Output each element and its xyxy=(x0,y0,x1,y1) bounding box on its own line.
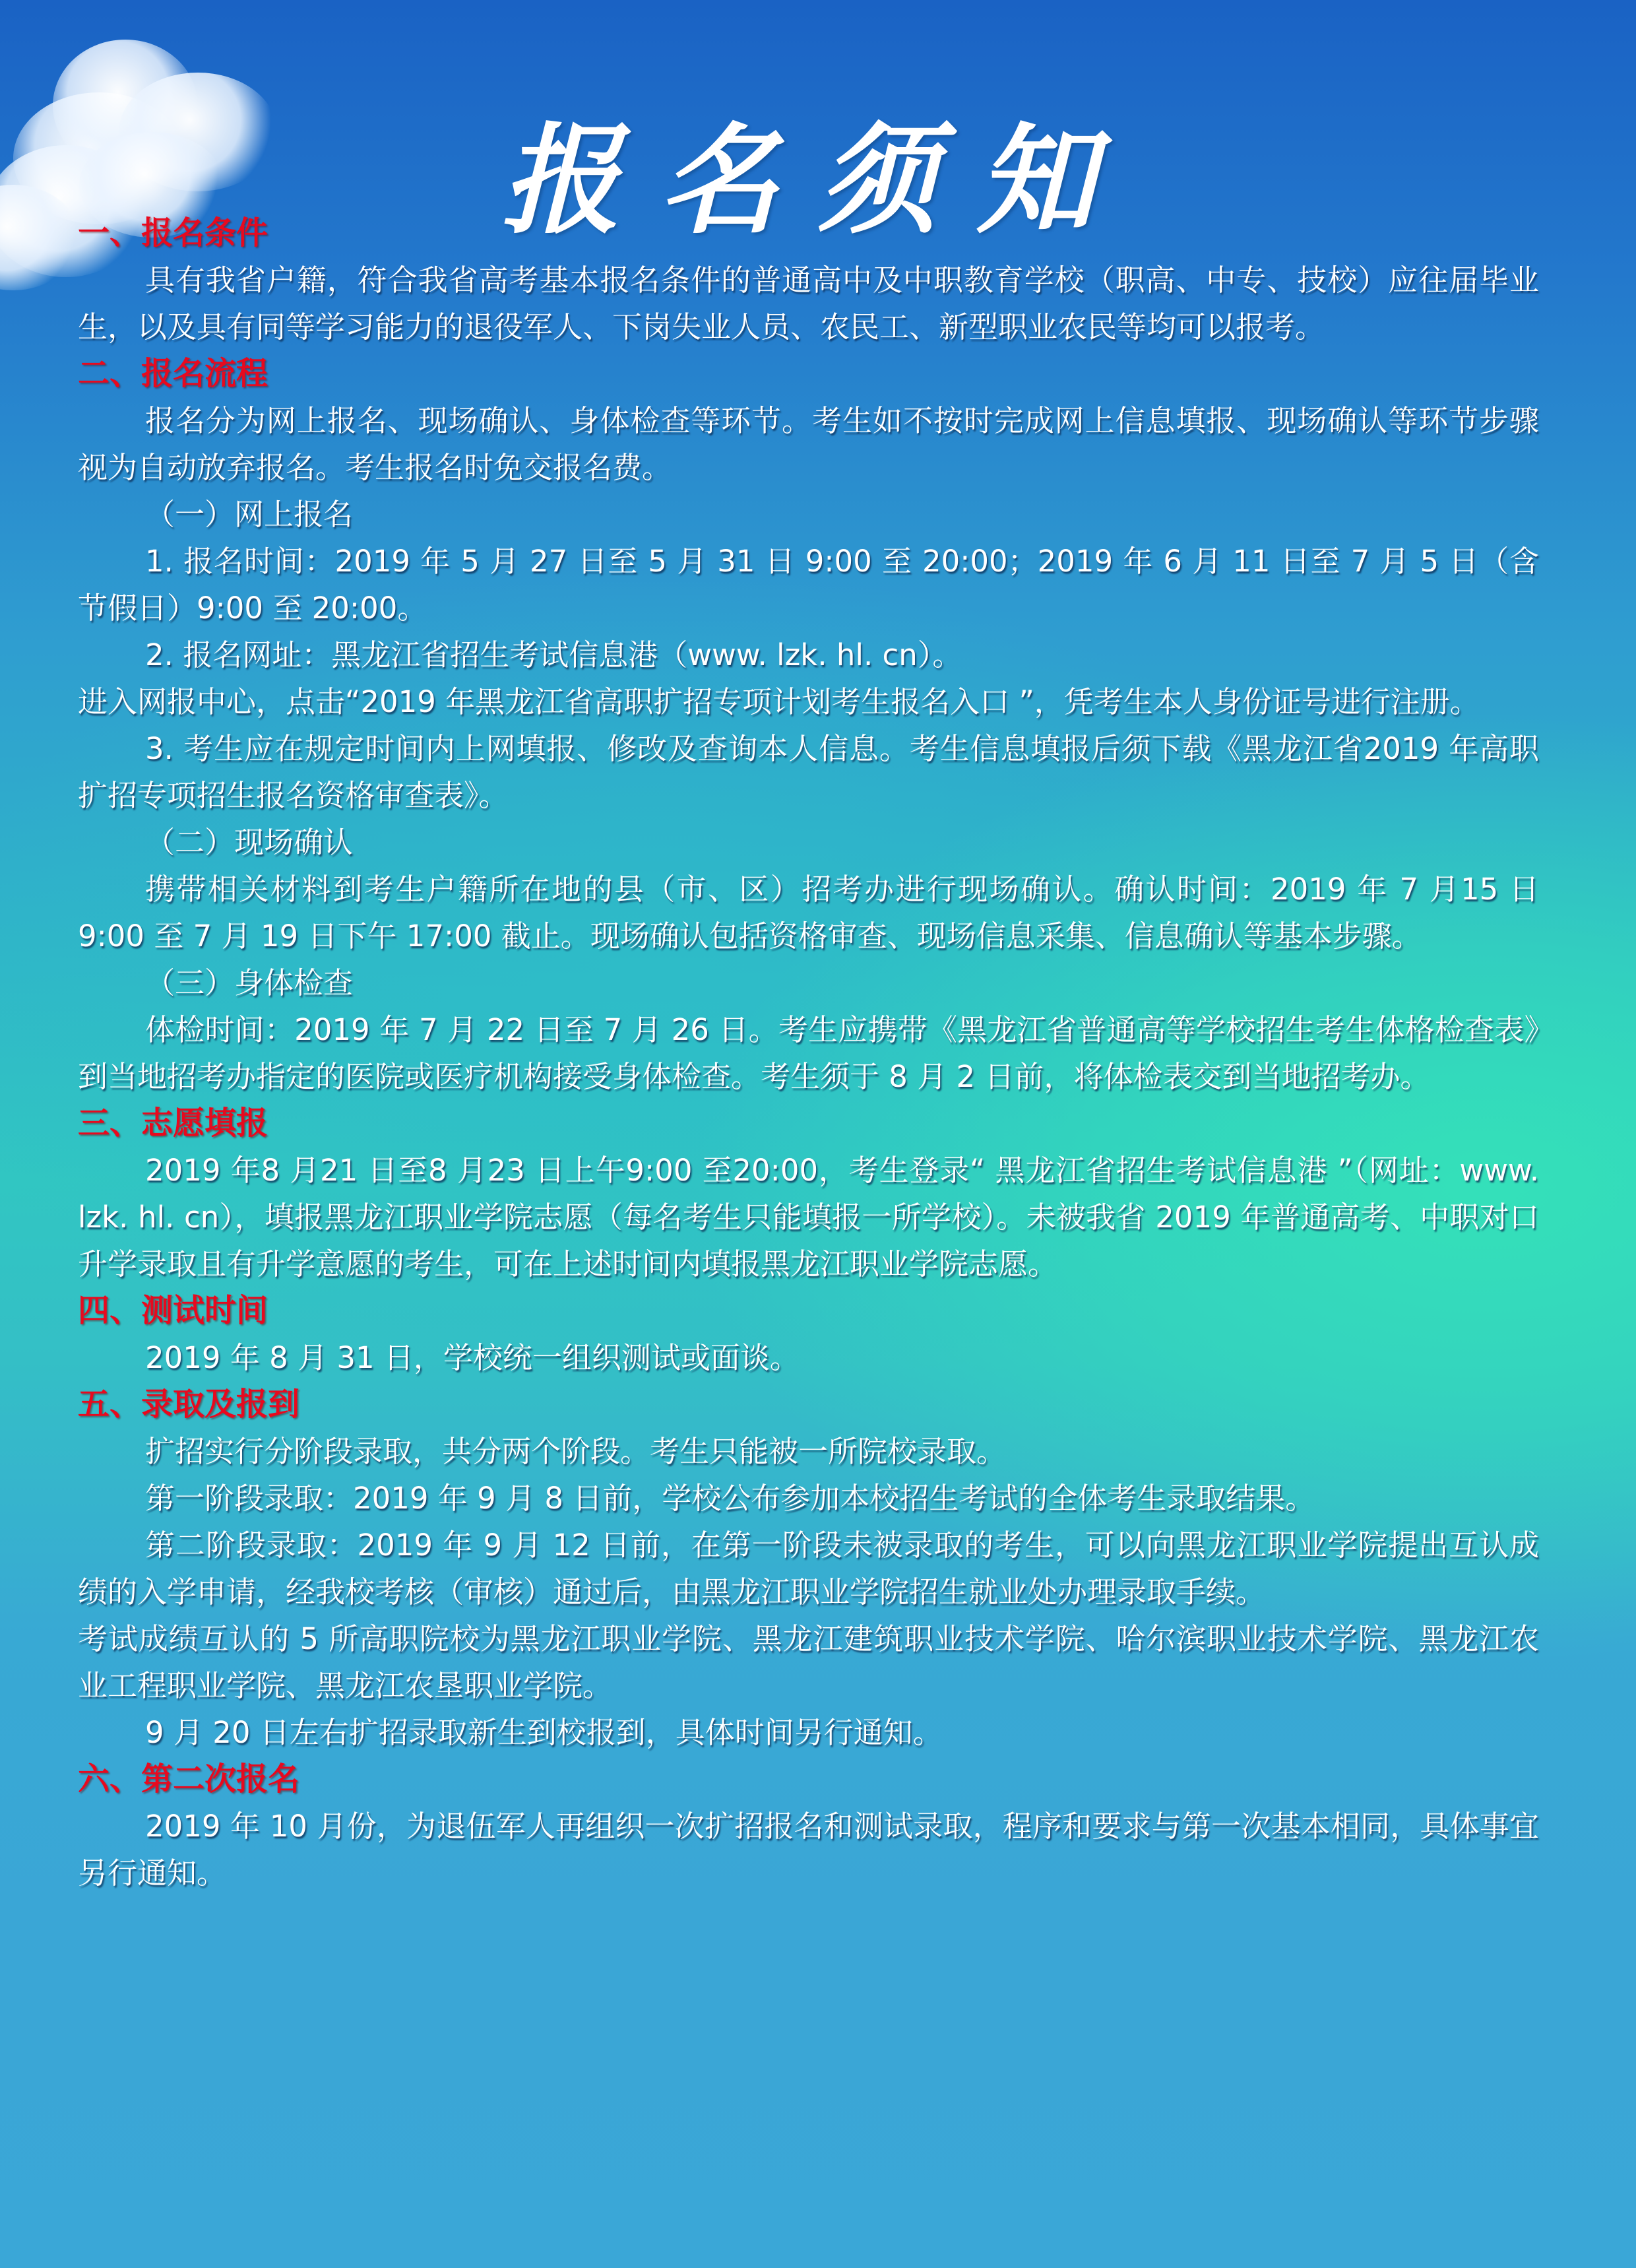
section-test-time: 四、测试时间 2019 年 8 月 31 日，学校统一组织测试或面谈。 xyxy=(78,1287,1539,1381)
section-heading: 二、报名流程 xyxy=(78,350,1539,397)
section-registration-process: 二、报名流程 报名分为网上报名、现场确认、身体检查等环节。考生如不按时完成网上信… xyxy=(78,350,1539,1100)
paragraph: 1. 报名时间：2019 年 5 月 27 日至 5 月 31 日 9:00 至… xyxy=(78,538,1539,632)
paragraph: 报名分为网上报名、现场确认、身体检查等环节。考生如不按时完成网上信息填报、现场确… xyxy=(78,397,1539,491)
section-second-registration: 六、第二次报名 2019 年 10 月份，为退伍军人再组织一次扩招报名和测试录取… xyxy=(78,1756,1539,1896)
paragraph: 3. 考生应在规定时间内上网填报、修改及查询本人信息。考生信息填报后须下载《黑龙… xyxy=(78,725,1539,819)
paragraph: 2019 年 10 月份，为退伍军人再组织一次扩招报名和测试录取，程序和要求与第… xyxy=(78,1803,1539,1896)
section-application-filling: 三、志愿填报 2019 年8 月21 日至8 月23 日上午9:00 至20:0… xyxy=(78,1100,1539,1287)
paragraph: 第一阶段录取：2019 年 9 月 8 日前，学校公布参加本校招生考试的全体考生… xyxy=(78,1475,1539,1522)
paragraph: 携带相关材料到考生户籍所在地的县（市、区）招考办进行现场确认。确认时间：2019… xyxy=(78,866,1539,959)
subheading-physical-exam: （三）身体检查 xyxy=(78,959,1539,1006)
subheading-onsite-confirmation: （二）现场确认 xyxy=(78,819,1539,866)
paragraph: 扩招实行分阶段录取，共分两个阶段。考生只能被一所院校录取。 xyxy=(78,1428,1539,1475)
paragraph: 2019 年 8 月 31 日，学校统一组织测试或面谈。 xyxy=(78,1334,1539,1381)
section-heading: 六、第二次报名 xyxy=(78,1756,1539,1803)
notice-content: 一、报名条件 具有我省户籍，符合我省高考基本报名条件的普通高中及中职教育学校（职… xyxy=(78,210,1539,1896)
paragraph: 体检时间：2019 年 7 月 22 日至 7 月 26 日。考生应携带《黑龙江… xyxy=(78,1006,1539,1100)
paragraph: 进入网报中心，点击“2019 年黑龙江省高职扩招专项计划考生报名入口 ”，凭考生… xyxy=(78,678,1539,725)
paragraph: 考试成绩互认的 5 所高职院校为黑龙江职业学院、黑龙江建筑职业技术学院、哈尔滨职… xyxy=(78,1615,1539,1709)
paragraph: 2019 年8 月21 日至8 月23 日上午9:00 至20:00，考生登录“… xyxy=(78,1147,1539,1287)
section-heading: 五、录取及报到 xyxy=(78,1381,1539,1428)
registration-url: 2. 报名网址：黑龙江省招生考试信息港（www. lzk. hl. cn）。 xyxy=(78,632,1539,678)
section-registration-conditions: 一、报名条件 具有我省户籍，符合我省高考基本报名条件的普通高中及中职教育学校（职… xyxy=(78,210,1539,350)
subheading-online-registration: （一）网上报名 xyxy=(78,491,1539,538)
section-heading: 三、志愿填报 xyxy=(78,1100,1539,1147)
paragraph: 9 月 20 日左右扩招录取新生到校报到，具体时间另行通知。 xyxy=(78,1709,1539,1756)
section-admission-enrollment: 五、录取及报到 扩招实行分阶段录取，共分两个阶段。考生只能被一所院校录取。 第一… xyxy=(78,1381,1539,1756)
paragraph: 具有我省户籍，符合我省高考基本报名条件的普通高中及中职教育学校（职高、中专、技校… xyxy=(78,257,1539,350)
section-heading: 四、测试时间 xyxy=(78,1287,1539,1334)
paragraph: 第二阶段录取：2019 年 9 月 12 日前，在第一阶段未被录取的考生，可以向… xyxy=(78,1522,1539,1615)
section-heading: 一、报名条件 xyxy=(78,210,1539,257)
